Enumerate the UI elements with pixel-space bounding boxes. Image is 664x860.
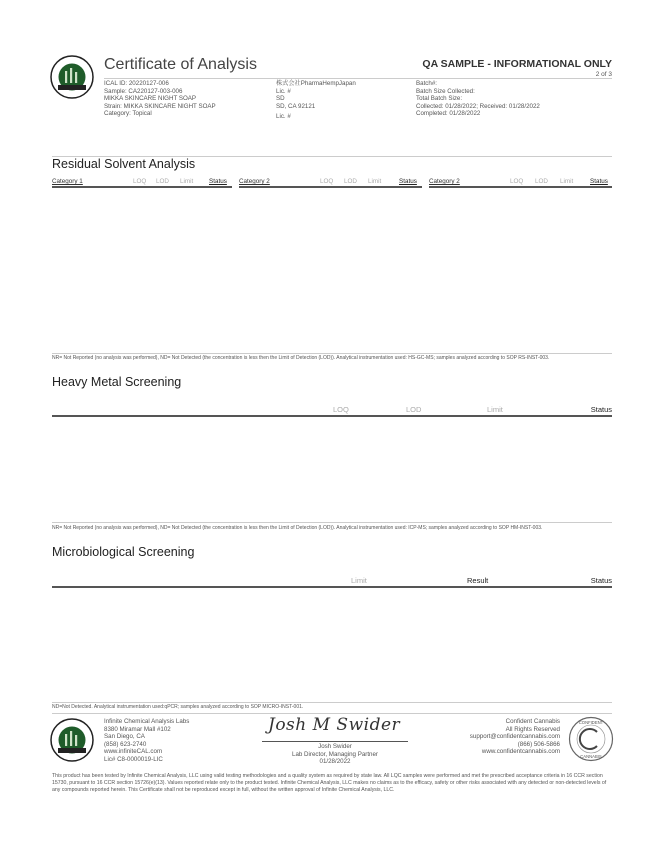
rs-status-1: Status xyxy=(209,178,227,185)
cc-name: Confident Cannabis xyxy=(470,718,560,726)
hm-footnote: NR= Not Reported (no analysis was perfor… xyxy=(52,525,612,531)
infinite-chemical-footer-logo xyxy=(50,718,94,762)
completed-date: Completed: 01/28/2022 xyxy=(416,110,540,118)
sample-id: Sample: CA220127-003-006 xyxy=(104,88,216,96)
client-city: SD, CA 92121 xyxy=(276,103,356,111)
batch-number: Batch#: xyxy=(416,80,540,88)
rs-limit-3: Limit xyxy=(560,178,573,185)
collected-received: Collected: 01/28/2022; Received: 01/28/2… xyxy=(416,103,540,111)
cc-email[interactable]: support@confidentcannabis.com xyxy=(470,733,560,741)
hm-header-rule xyxy=(52,415,612,417)
header-divider xyxy=(104,78,612,79)
document-title: Certificate of Analysis xyxy=(104,56,257,74)
lab-website[interactable]: www.infiniteCAL.com xyxy=(104,748,189,756)
sample-info: ICAL ID: 20220127-006 Sample: CA220127-0… xyxy=(104,80,216,118)
lab-license: Lic# C8-0000019-LIC xyxy=(104,756,189,764)
cc-website[interactable]: www.confidentcannabis.com xyxy=(470,748,560,756)
category: Category: Topical xyxy=(104,110,216,118)
infinite-chemical-logo xyxy=(50,55,94,99)
batch-info: Batch#: Batch Size Collected: Total Batc… xyxy=(416,80,540,118)
lab-phone: (858) 623-2740 xyxy=(104,741,189,749)
hm-lod: LOD xyxy=(406,405,421,414)
client-info: 株式会社PharmaHempJapan Lic. # SD SD, CA 921… xyxy=(276,80,356,121)
rs-limit-1: Limit xyxy=(180,178,193,185)
client-address: SD xyxy=(276,95,356,103)
lab-name: Infinite Chemical Analysis Labs xyxy=(104,718,189,726)
qa-banner: QA SAMPLE - INFORMATIONAL ONLY xyxy=(422,58,612,70)
rs-lod-3: LOD xyxy=(535,178,548,185)
signer-title: Lab Director, Managing Partner xyxy=(262,751,408,759)
signature: Josh M Swider xyxy=(268,715,400,735)
total-batch-size: Total Batch Size: xyxy=(416,95,540,103)
rs-loq-2: LOQ xyxy=(320,178,333,185)
client-name: 株式会社PharmaHempJapan xyxy=(276,80,356,88)
rs-loq-3: LOQ xyxy=(510,178,523,185)
hm-loq: LOQ xyxy=(333,405,349,414)
signature-line xyxy=(262,741,408,742)
cc-rights: All Rights Reserved xyxy=(470,726,560,734)
rs-header-rule-3 xyxy=(429,186,612,188)
client-license: Lic. # xyxy=(276,88,356,96)
rs-status-3: Status xyxy=(590,178,608,185)
svg-text:CANNABIS: CANNABIS xyxy=(580,754,602,759)
page-number: 2 of 3 xyxy=(596,71,612,78)
rs-lod-1: LOD xyxy=(156,178,169,185)
section-divider xyxy=(52,522,612,523)
rs-category-2: Category 2 xyxy=(239,178,270,185)
cc-contact: Confident Cannabis All Rights Reserved s… xyxy=(470,718,560,756)
micro-limit: Limit xyxy=(351,576,367,585)
client-license-2: Lic. # xyxy=(276,113,356,121)
signer-name: Josh Swider xyxy=(262,743,408,751)
heavy-metal-title: Heavy Metal Screening xyxy=(52,375,181,389)
micro-header-rule xyxy=(52,586,612,588)
cc-phone: (866) 506-5866 xyxy=(470,741,560,749)
lab-city: San Diego, CA xyxy=(104,733,189,741)
strain: Strain: MIKKA SKINCARE NIGHT SOAP xyxy=(104,103,216,111)
micro-status: Status xyxy=(591,576,612,585)
signer-info: Josh Swider Lab Director, Managing Partn… xyxy=(262,743,408,766)
residual-solvent-title: Residual Solvent Analysis xyxy=(52,157,195,171)
micro-footnote: ND=Not Detected. Analytical instrumentat… xyxy=(52,704,612,710)
lab-street: 8380 Miramar Mall #102 xyxy=(104,726,189,734)
signature-date: 01/28/2022 xyxy=(262,758,408,766)
sample-name: MIKKA SKINCARE NIGHT SOAP xyxy=(104,95,216,103)
lab-contact: Infinite Chemical Analysis Labs 8380 Mir… xyxy=(104,718,189,764)
footer-divider xyxy=(52,713,612,714)
rs-status-2: Status xyxy=(399,178,417,185)
micro-result: Result xyxy=(467,576,488,585)
rs-lod-2: LOD xyxy=(344,178,357,185)
rs-footnote: NR= Not Reported (no analysis was perfor… xyxy=(52,355,612,361)
rs-loq-1: LOQ xyxy=(133,178,146,185)
section-divider xyxy=(52,353,612,354)
hm-status: Status xyxy=(591,405,612,414)
rs-limit-2: Limit xyxy=(368,178,381,185)
rs-category-3: Category 2 xyxy=(429,178,460,185)
rs-header-rule-1 xyxy=(52,186,232,188)
microbiological-title: Microbiological Screening xyxy=(52,545,194,559)
rs-category-1: Category 1 xyxy=(52,178,83,185)
svg-text:CONFIDENT: CONFIDENT xyxy=(579,720,604,725)
disclaimer: This product has been tested by Infinite… xyxy=(52,773,612,794)
confident-cannabis-seal-icon: CONFIDENT CANNABIS xyxy=(568,716,614,762)
rs-header-rule-2 xyxy=(239,186,422,188)
batch-size-collected: Batch Size Collected: xyxy=(416,88,540,96)
hm-limit: Limit xyxy=(487,405,503,414)
ical-id: ICAL ID: 20220127-006 xyxy=(104,80,216,88)
section-divider xyxy=(52,702,612,703)
